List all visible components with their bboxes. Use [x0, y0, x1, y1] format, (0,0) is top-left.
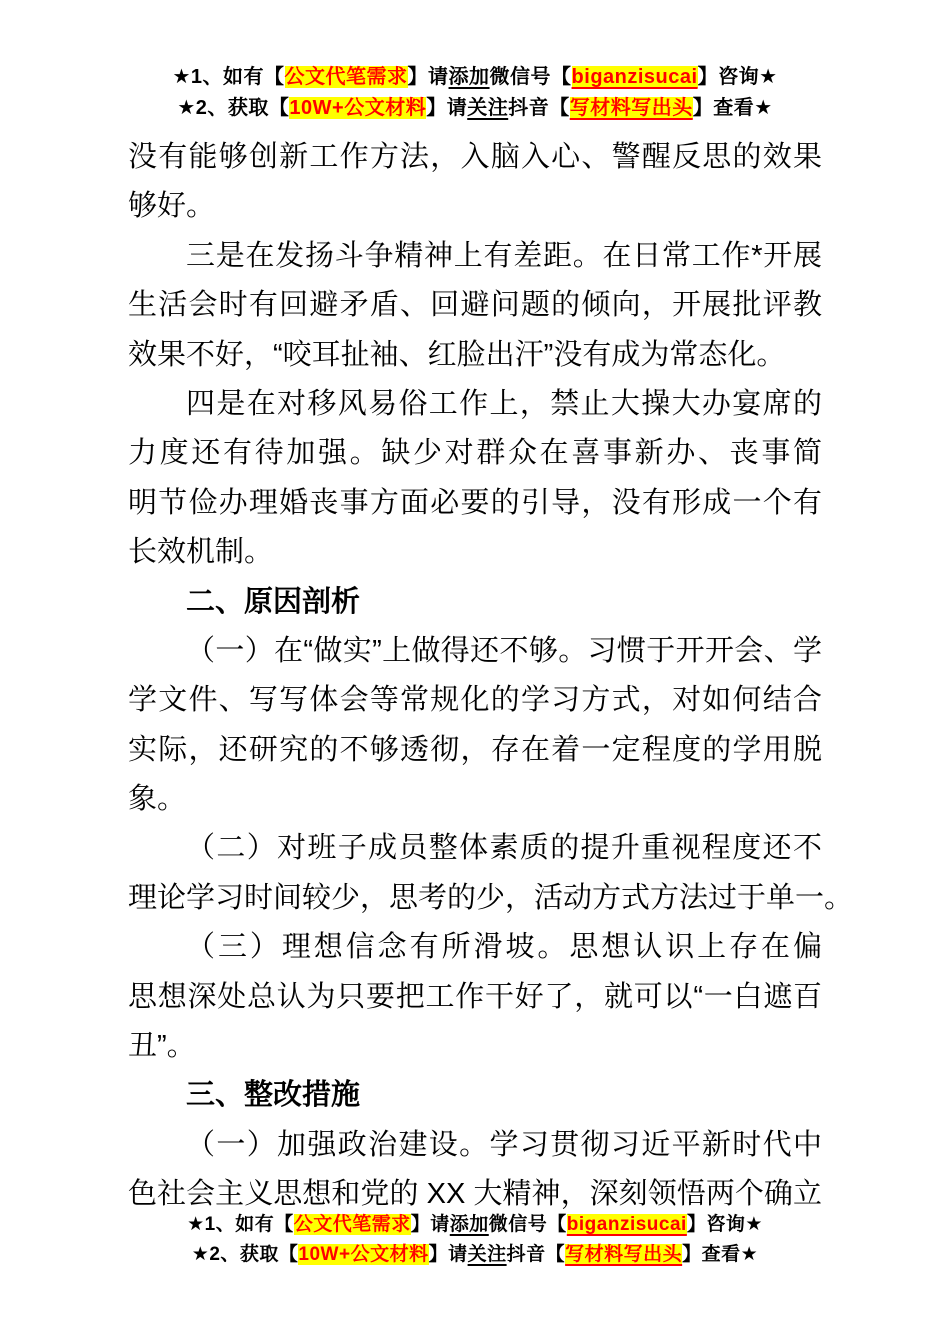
- promo-text: 】咨询★: [698, 66, 778, 88]
- promo-text: 添加: [449, 66, 490, 88]
- promo-text: 】请: [426, 97, 467, 119]
- promo-text: ★1、如有【: [187, 1214, 294, 1235]
- body-line: （一）在“做实”上做得还不够。习惯于开开会、学: [128, 627, 822, 676]
- promo-text: 抖音【: [508, 97, 570, 119]
- promo-text: ★1、如有【: [172, 66, 284, 88]
- body-line: 四是在对移风易俗工作上，禁止大操大办宴席的宣传: [128, 380, 822, 429]
- body-line: （二）对班子成员整体素质的提升重视程度还不够。: [128, 824, 822, 873]
- body-line: 三是在发扬斗争精神上有差距。在日常工作*开展组织: [128, 232, 822, 281]
- promo-text: 】查看★: [682, 1244, 758, 1265]
- promo-text: 】咨询★: [687, 1214, 763, 1235]
- body-line: 实际，还研究的不够透彻，存在着一定程度的学用脱节现: [128, 726, 822, 775]
- promo-text: 微信号【: [490, 66, 572, 88]
- promo-text: 抖音【: [507, 1244, 566, 1265]
- body-line: 思想深处总认为只要把工作干好了，就可以“一白遮百: [128, 973, 822, 1022]
- promo-text: 关注: [468, 1244, 507, 1265]
- promo-header-line-1: ★1、如有【公文代笔需求】请添加微信号【biganzisucai】咨询★: [0, 62, 950, 93]
- body-line: 效果不好，“咬耳扯袖、红脸出汗”没有成为常态化。: [128, 331, 822, 380]
- section-heading: 三、整改措施: [128, 1071, 822, 1120]
- promo-footer-line-2: ★2、获取【10W+公文材料】请关注抖音【写材料写出头】查看★: [0, 1240, 950, 1270]
- promo-footer-line-1: ★1、如有【公文代笔需求】请添加微信号【biganzisucai】咨询★: [0, 1210, 950, 1240]
- promo-highlighted-text: biganzisucai: [567, 1214, 687, 1235]
- promo-header: ★1、如有【公文代笔需求】请添加微信号【biganzisucai】咨询★ ★2、…: [0, 62, 950, 124]
- promo-highlighted-text: 写材料写出头: [565, 1244, 682, 1265]
- document-page: ★1、如有【公文代笔需求】请添加微信号【biganzisucai】咨询★ ★2、…: [0, 0, 950, 1344]
- body-line: 生活会时有回避矛盾、回避问题的倾向，开展批评教育的: [128, 281, 822, 330]
- body-line: 长效机制。: [128, 528, 822, 577]
- promo-highlighted-text: 写材料写出头: [570, 97, 693, 119]
- body-line: 明节俭办理婚丧事方面必要的引导，没有形成一个有力的: [128, 479, 822, 528]
- promo-footer: ★1、如有【公文代笔需求】请添加微信号【biganzisucai】咨询★ ★2、…: [0, 1210, 950, 1270]
- promo-text: 添加: [450, 1214, 489, 1235]
- promo-header-line-2: ★2、获取【10W+公文材料】请关注抖音【写材料写出头】查看★: [0, 93, 950, 124]
- promo-highlighted-text: biganzisucai: [572, 66, 698, 88]
- promo-highlighted-text: 公文代笔需求: [294, 1214, 411, 1235]
- body-line: 丑”。: [128, 1022, 822, 1071]
- promo-text: 】请: [429, 1244, 468, 1265]
- promo-text: 关注: [467, 97, 508, 119]
- body-line: 理论学习时间较少，思考的少，活动方式方法过于单一。: [128, 874, 822, 923]
- body-line: （三）理想信念有所滑坡。思想认识上存在偏差，在: [128, 923, 822, 972]
- promo-highlighted-text: 公文代笔需求: [285, 66, 408, 88]
- promo-highlighted-text: 10W+公文材料: [298, 1244, 428, 1265]
- promo-text: 】查看★: [693, 97, 773, 119]
- body-line: 学文件、写写体会等常规化的学习方式，对如何结合社区: [128, 676, 822, 725]
- body-line: 象。: [128, 775, 822, 824]
- promo-text: 】请: [411, 1214, 450, 1235]
- section-heading: 二、原因剖析: [128, 578, 822, 627]
- promo-text: 微信号【: [489, 1214, 567, 1235]
- promo-text: ★2、获取【: [192, 1244, 299, 1265]
- promo-text: ★2、获取【: [177, 97, 289, 119]
- body-line: 力度还有待加强。缺少对群众在喜事新办、丧事简办、文: [128, 429, 822, 478]
- body-line: 没有能够创新工作方法，入脑入心、警醒反思的效果还不: [128, 133, 822, 182]
- promo-text: 】请: [408, 66, 449, 88]
- body-line: 够好。: [128, 182, 822, 231]
- body-line: （一）加强政治建设。学习贯彻习近平新时代中国特: [128, 1121, 822, 1170]
- promo-highlighted-text: 10W+公文材料: [289, 97, 426, 119]
- document-body: 没有能够创新工作方法，入脑入心、警醒反思的效果还不够好。三是在发扬斗争精神上有差…: [128, 133, 822, 1220]
